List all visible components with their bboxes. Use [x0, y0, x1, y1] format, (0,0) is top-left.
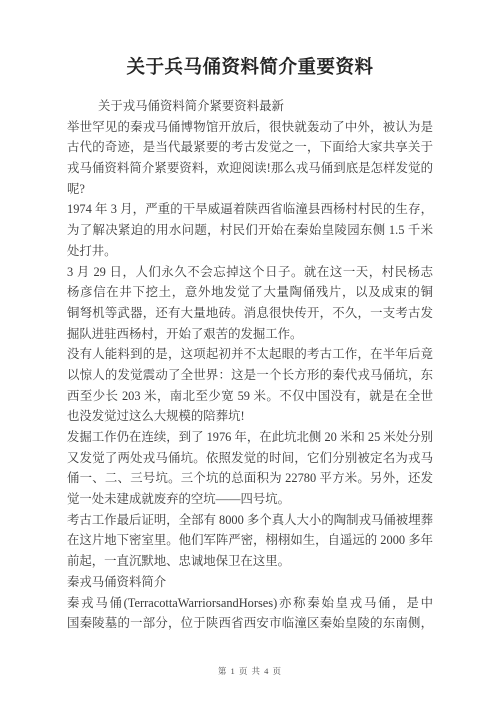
text-line-section-heading: 秦戎马俑资料简介 [67, 572, 433, 593]
text-line-paragraph-worldwide: 以惊人的发觉震动了全世界：这是一个长方形的秦代戎马俑坑，东 [67, 365, 433, 386]
text-line-paragraph-pits: 又发觉了两处戎马俑坑。依照发觉的时间，它们分别被定名为戎马 [67, 448, 433, 469]
text-line-paragraph-discovery: 3 月 29 日，人们永久不会忘掉这个日子。就在这一天，村民杨志发、 [67, 262, 433, 283]
text-line-paragraph-worldwide: 没有人能料到的是，这项起初并不太起眼的考古工作，在半年后竟 [67, 344, 433, 365]
text-line-paragraph-worldwide: 也没发觉过这么大规模的陪葬坑! [67, 406, 433, 427]
document-body: 关于戎马俑资料简介紧要资料最新举世罕见的秦戎马俑博物馆开放后，很快就轰动了中外，… [67, 96, 433, 634]
text-line-paragraph-pits: 发掘工作仍在连续，到了 1976 年，在此坑北侧 20 米和 25 米处分别 [67, 427, 433, 448]
document-title: 关于兵马俑资料简介重要资料 [0, 55, 500, 81]
text-line-paragraph-worldwide: 西至少长 203 米，南北至少宽 59 米。不仅中国没有，就是在全世界， [67, 386, 433, 407]
text-line-paragraph-1974: 1974 年 3 月，严重的干旱威逼着陕西省临潼县西杨村村民的生存， [67, 199, 433, 220]
text-line-paragraph-proof: 考古工作最后证明，全部有 8000 多个真人大小的陶制戎马俑被埋葬 [67, 510, 433, 531]
text-line-subtitle: 关于戎马俑资料简介紧要资料最新 [67, 96, 433, 117]
text-line-paragraph-proof: 在这片地下密室里。他们军阵严密，栩栩如生，自遥远的 2000 多年 [67, 530, 433, 551]
text-line-paragraph-pits: 俑一、二、三号坑。三个坑的总面积为 22780 平方米。另外，还发 [67, 468, 433, 489]
text-line-paragraph-discovery: 铜弩机等武器，还有大量地砖。消息很快传开，不久，一支考古发 [67, 303, 433, 324]
text-line-paragraph-intro: 举世罕见的秦戎马俑博物馆开放后，很快就轰动了中外，被认为是 [67, 117, 433, 138]
page-number-footer: 第 1 页 共 4 页 [0, 665, 500, 677]
text-line-paragraph-terracotta: 秦戎马俑(TerracottaWarriorsandHorses)亦称秦始皇戎马… [67, 593, 433, 614]
text-line-paragraph-intro: 古代的奇迹，是当代最紧要的考古发觉之一，下面给大家共享关于 [67, 137, 433, 158]
text-line-paragraph-discovery: 杨彦信在井下挖土，意外地发觉了大量陶俑残片，以及成束的铜镞、 [67, 282, 433, 303]
text-line-paragraph-intro: 呢? [67, 179, 433, 200]
document-page: 关于兵马俑资料简介重要资料 关于戎马俑资料简介紧要资料最新举世罕见的秦戎马俑博物… [0, 0, 500, 707]
text-line-paragraph-1974: 为了解决紧迫的用水问题，村民们开始在秦始皇陵园东侧 1.5 千米 [67, 220, 433, 241]
text-line-paragraph-intro: 戎马俑资料简介紧要资料，欢迎阅读!那么戎马俑到底是怎样发觉的 [67, 158, 433, 179]
text-line-paragraph-proof: 前起，一直沉默地、忠诚地保卫在这里。 [67, 551, 433, 572]
text-line-paragraph-terracotta: 国秦陵墓的一部分，位于陕西省西安市临潼区秦始皇陵的东南侧， [67, 613, 433, 634]
text-line-paragraph-pits: 觉一处未建成就废弃的空坑——四号坑。 [67, 489, 433, 510]
text-line-paragraph-discovery: 掘队进驻西杨村，开始了艰苦的发掘工作。 [67, 324, 433, 345]
text-line-paragraph-1974: 处打井。 [67, 241, 433, 262]
